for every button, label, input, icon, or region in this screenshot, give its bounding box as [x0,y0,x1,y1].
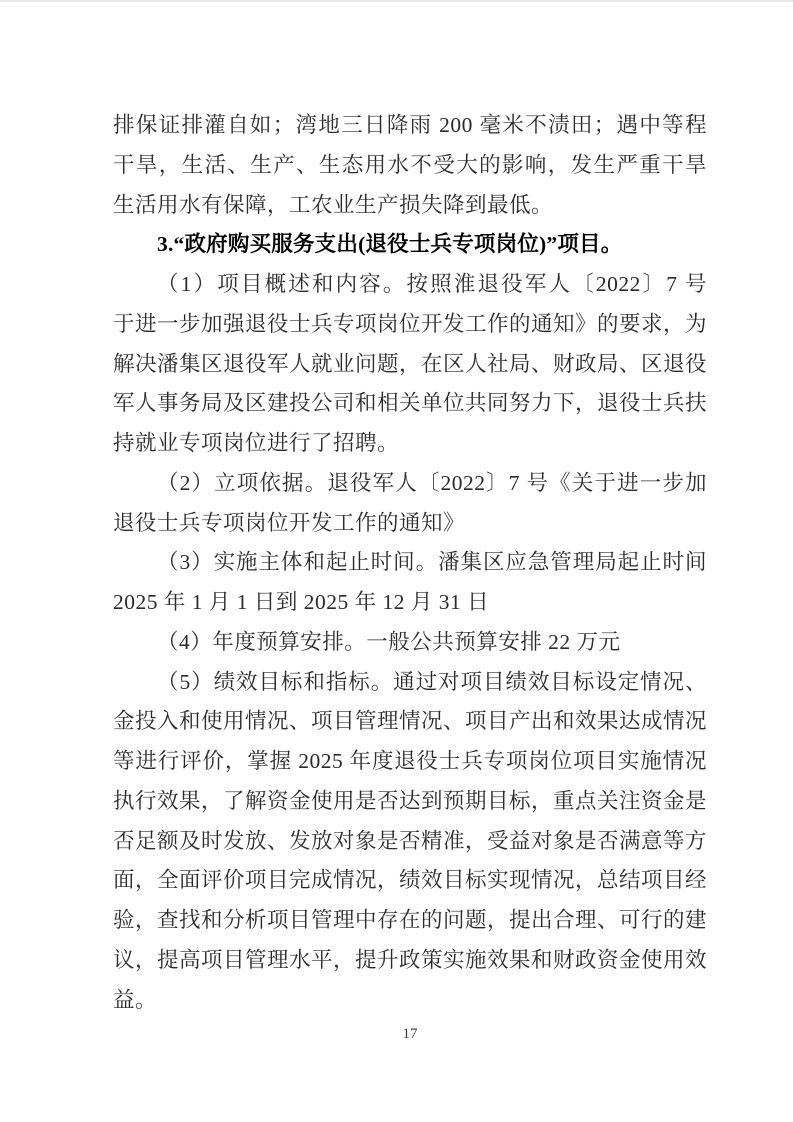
doc-line: 等进行评价，掌握 2025 年度退役士兵专项岗位项目实施情况和 [113,742,707,782]
doc-line: 执行效果，了解资金使用是否达到预期目标，重点关注资金是 [113,782,707,822]
doc-line: 于进一步加强退役士兵专项岗位开发工作的通知》的要求，为 [113,305,707,345]
doc-line: 生活用水有保障，工农业生产损失降到最低。 [113,186,707,226]
doc-line: 益。 [113,981,707,1021]
doc-line: 干旱，生活、生产、生态用水不受大的影响，发生严重干旱时， [113,146,707,186]
doc-line: 持就业专项岗位进行了招聘。 [113,424,707,464]
doc-line: 面，全面评价项目完成情况，绩效目标实现情况，总结项目经 [113,861,707,901]
doc-line: （5）绩效目标和指标。通过对项目绩效目标设定情况、资 [113,663,707,703]
page-number: 17 [113,1022,707,1046]
doc-line: 退役士兵专项岗位开发工作的通知》 [113,504,707,544]
doc-line: 议，提高项目管理水平，提升政策实施效果和财政资金使用效 [113,941,707,981]
doc-line: 金投入和使用情况、项目管理情况、项目产出和效果达成情况 [113,702,707,742]
doc-line: 验，查找和分析项目管理中存在的问题，提出合理、可行的建 [113,901,707,941]
section-heading: 3.“政府购买服务支出(退役士兵专项岗位)”项目。 [113,225,707,265]
text-block: 排保证排灌自如；湾地三日降雨 200 毫米不渍田；遇中等程度 干旱，生活、生产、… [113,106,707,1020]
doc-line: （2）立项依据。退役军人〔2022〕7 号《关于进一步加强 [113,464,707,504]
doc-line: 否足额及时发放、发放对象是否精准，受益对象是否满意等方 [113,822,707,862]
doc-line: 2025 年 1 月 1 日到 2025 年 12 月 31 日 [113,583,707,623]
doc-line: 军人事务局及区建投公司和相关单位共同努力下，退役士兵扶 [113,384,707,424]
doc-line: （1）项目概述和内容。按照淮退役军人〔2022〕7 号《关 [113,265,707,305]
doc-line: （4）年度预算安排。一般公共预算安排 22 万元 [113,623,707,663]
doc-line: 解决潘集区退役军人就业问题，在区人社局、财政局、区退役 [113,345,707,385]
doc-line: （3）实施主体和起止时间。潘集区应急管理局起止时间为 [113,543,707,583]
doc-line: 排保证排灌自如；湾地三日降雨 200 毫米不渍田；遇中等程度 [113,106,707,146]
document-page: 排保证排灌自如；湾地三日降雨 200 毫米不渍田；遇中等程度 干旱，生活、生产、… [0,0,793,1122]
